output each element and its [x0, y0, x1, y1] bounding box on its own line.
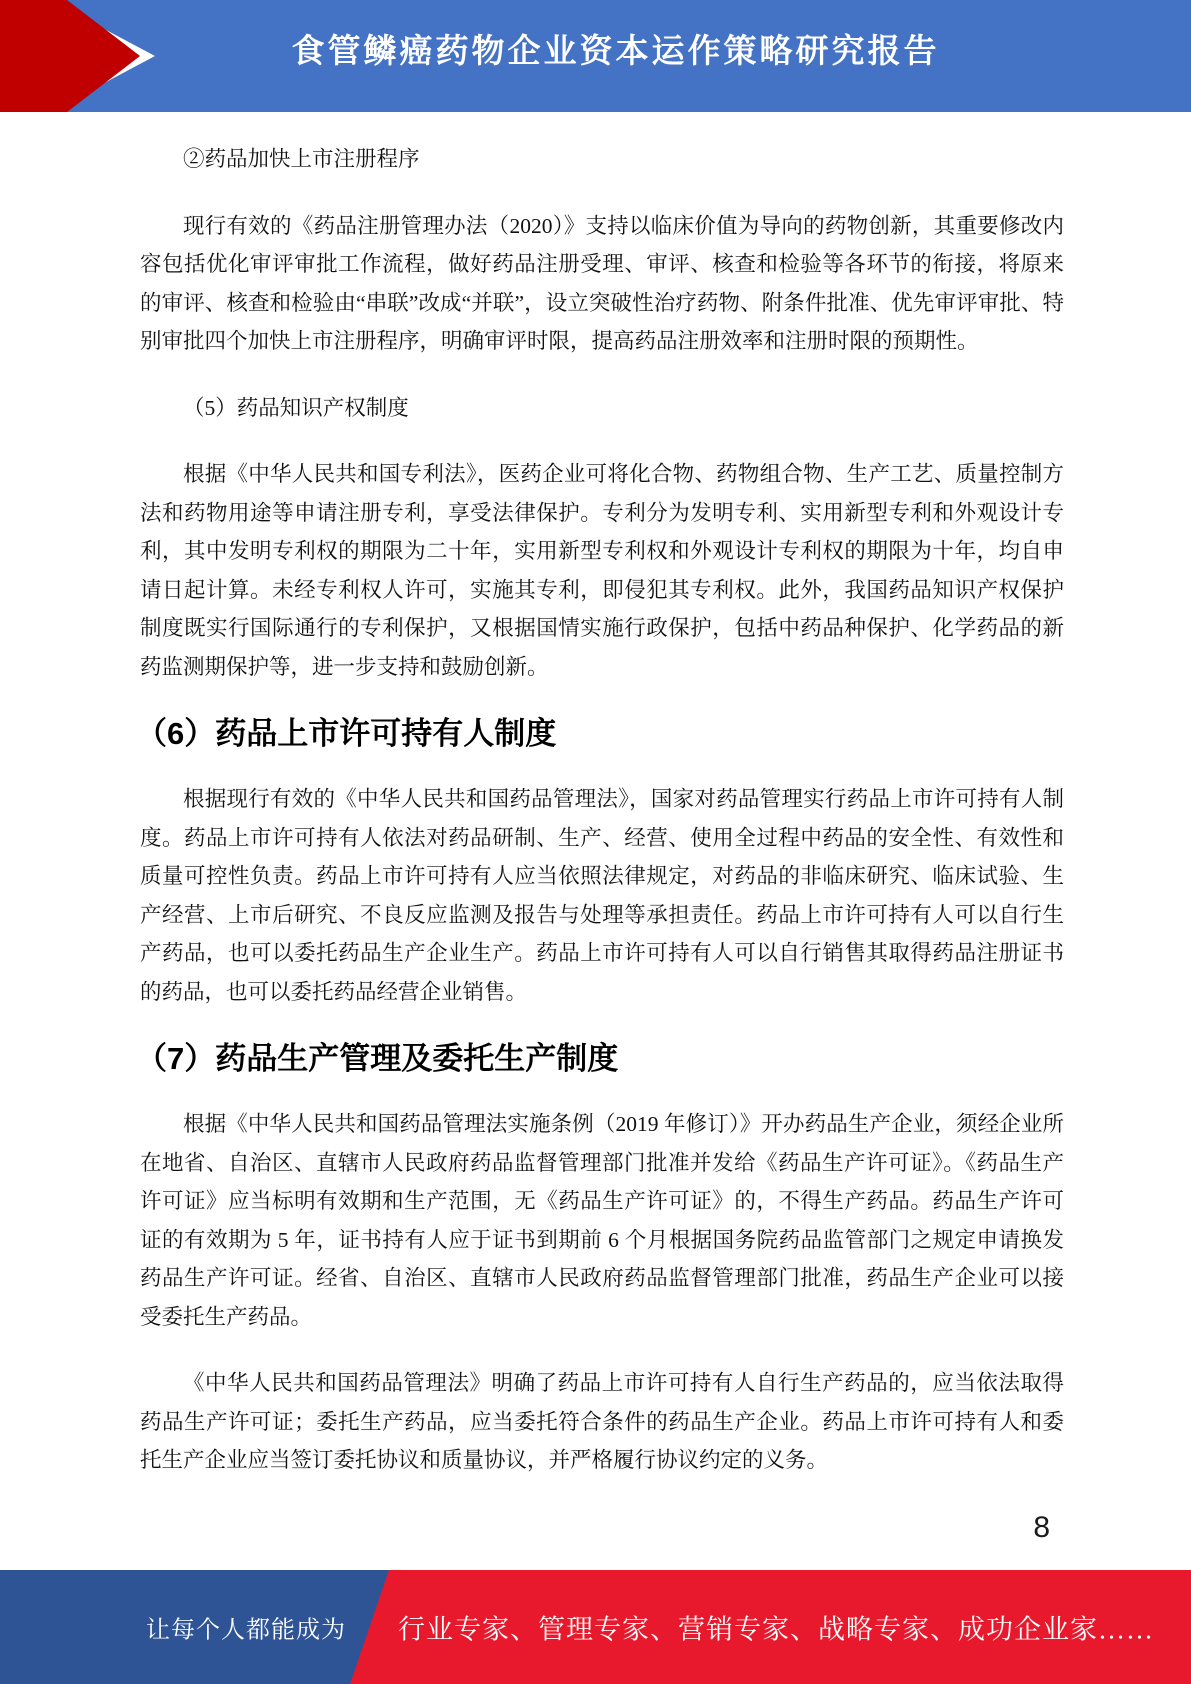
page-content: ②药品加快上市注册程序 现行有效的《药品注册管理办法（2020）》支持以临床价值… — [0, 112, 1191, 1546]
heading-6-mah-system: （6）药品上市许可持有人制度 — [136, 714, 1064, 754]
report-title: 食管鳞癌药物企业资本运作策略研究报告 — [0, 0, 1191, 96]
paragraph-registration-procedure: 现行有效的《药品注册管理办法（2020）》支持以临床价值为导向的药物创新，其重要… — [140, 207, 1064, 361]
report-page: 食管鳞癌药物企业资本运作策略研究报告 ②药品加快上市注册程序 现行有效的《药品注… — [0, 0, 1191, 1684]
paragraph-entrusted-production: 《中华人民共和国药品管理法》明确了药品上市许可持有人自行生产药品的，应当依法取得… — [140, 1364, 1064, 1480]
footer-slogan-right: 行业专家、管理专家、营销专家、战略专家、成功企业家…… — [398, 1608, 1154, 1647]
sub-heading-5: （5）药品知识产权制度 — [140, 389, 1064, 428]
paragraph-ip-system: 根据《中华人民共和国专利法》，医药企业可将化合物、药物组合物、生产工艺、质量控制… — [140, 455, 1064, 686]
footer-banner: 让每个人都能成为 行业专家、管理专家、营销专家、战略专家、成功企业家…… — [0, 1570, 1191, 1684]
page-number: 8 — [140, 1510, 1064, 1546]
paragraph-production-license: 根据《中华人民共和国药品管理法实施条例（2019 年修订）》开办药品生产企业，须… — [140, 1105, 1064, 1336]
paragraph-mah-system: 根据现行有效的《中华人民共和国药品管理法》，国家对药品管理实行药品上市许可持有人… — [140, 780, 1064, 1011]
footer-slogan-left: 让每个人都能成为 — [146, 1610, 346, 1645]
header-banner: 食管鳞癌药物企业资本运作策略研究报告 — [0, 0, 1191, 112]
heading-7-production-management: （7）药品生产管理及委托生产制度 — [136, 1039, 1064, 1079]
sub-item-2: ②药品加快上市注册程序 — [140, 140, 1064, 179]
